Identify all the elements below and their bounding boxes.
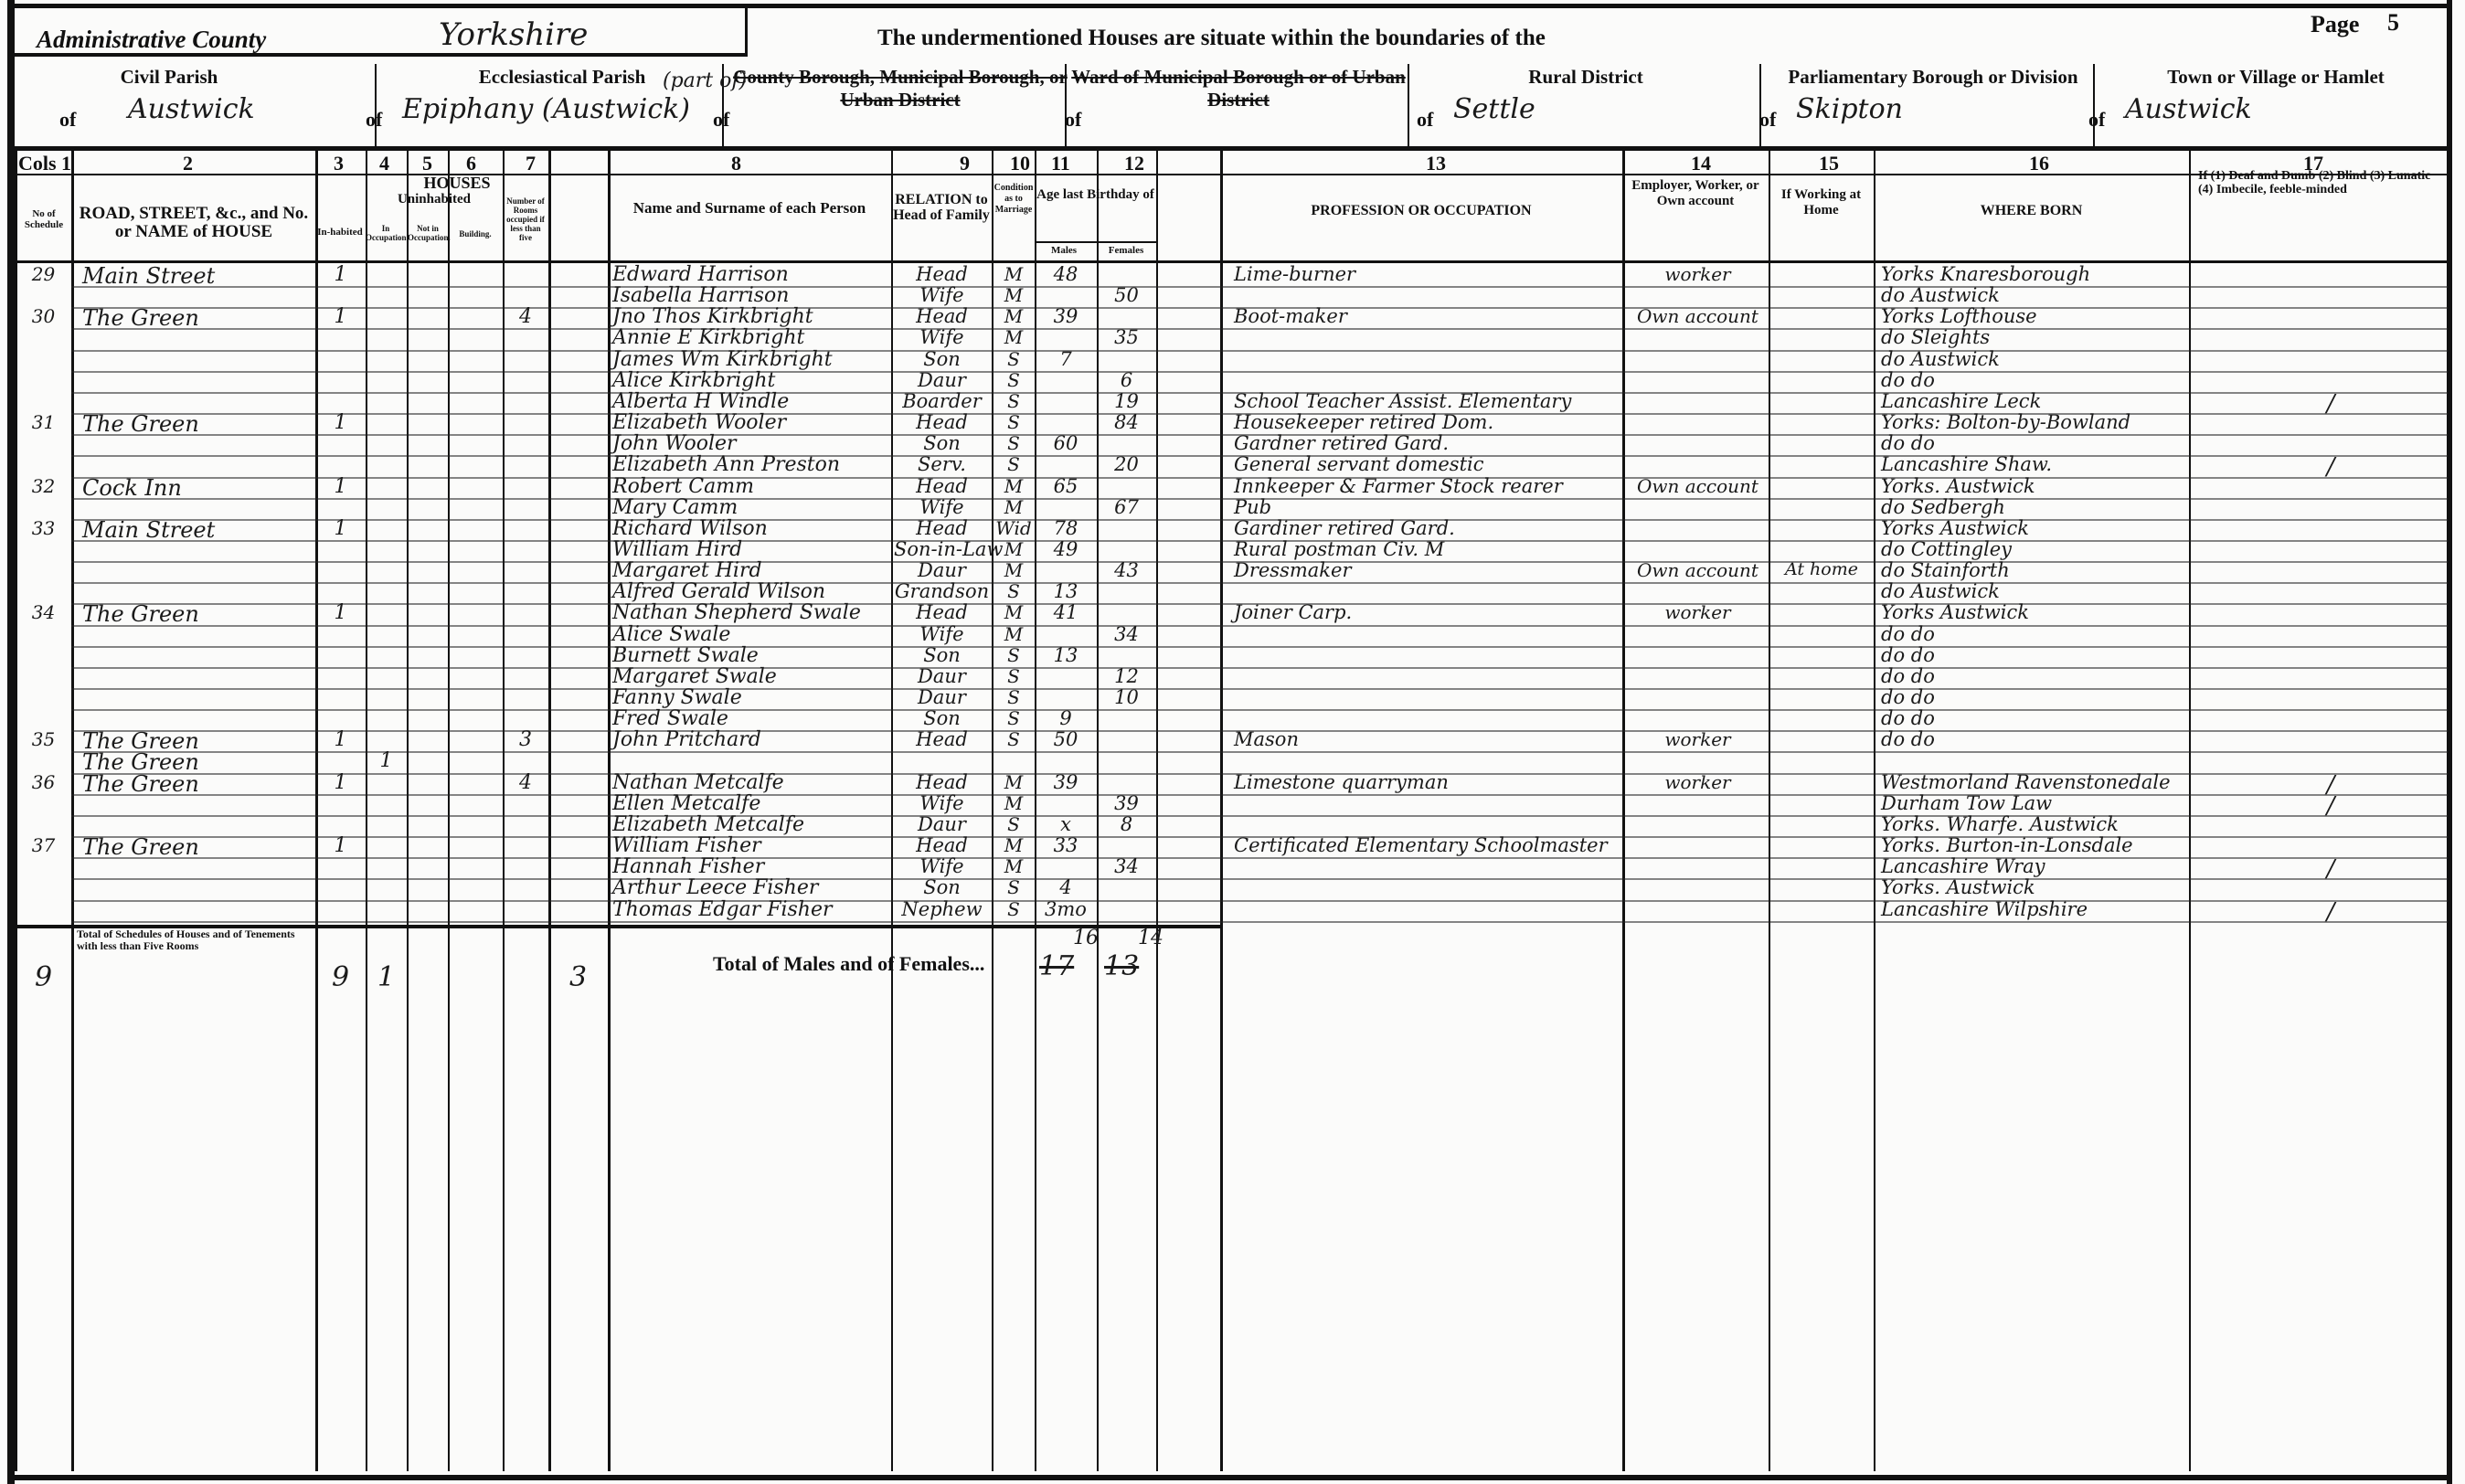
relation-cell: Wife (894, 496, 990, 518)
inhabited-cell: 1 (315, 475, 366, 498)
total-rooms: 3 (548, 961, 608, 993)
column-divider (15, 151, 17, 1471)
condition-cell: S (993, 728, 1035, 750)
age-male: 39 (1035, 305, 1097, 327)
occupation-cell: Pub (1234, 496, 1622, 518)
birthplace-cell: do do (1881, 728, 2187, 750)
column-number-13: 13 (1426, 152, 1446, 175)
relation-cell: Son (894, 644, 990, 666)
condition-cell: M (993, 601, 1035, 623)
employer-cell: Own account (1627, 559, 1769, 581)
relation-cell: Head (894, 834, 990, 856)
where-born-header: WHERE BORN (1874, 203, 2189, 219)
inhabited-cell: 1 (315, 305, 366, 328)
employer-cell: Own account (1627, 305, 1769, 327)
condition-cell: S (993, 411, 1035, 433)
birthplace-cell: Yorks. Austwick (1881, 876, 2187, 898)
column-number-10: 10 (1010, 152, 1030, 175)
occupation-cell: General servant domestic (1234, 453, 1622, 475)
total-males: 17 (1039, 950, 1074, 982)
column-number-5: 5 (422, 152, 432, 175)
column-number-12: 12 (1124, 152, 1144, 175)
person-name: Isabella Harrison (612, 284, 891, 307)
header-field-label-3: Ward of Municipal Borough or of Urban Di… (1069, 66, 1408, 111)
admin-county-label: Administrative County (37, 26, 266, 54)
birthplace-cell: do do (1881, 369, 2187, 391)
age-male: 33 (1035, 834, 1097, 856)
occupation-cell: Dressmaker (1234, 559, 1622, 581)
age-female: 43 (1097, 559, 1156, 581)
age-female: 67 (1097, 496, 1156, 518)
relation-cell: Head (894, 601, 990, 623)
column-number-8: 8 (731, 152, 741, 175)
employer-cell: worker (1627, 601, 1769, 623)
total-females: 13 (1104, 950, 1139, 982)
column-number-9: 9 (960, 152, 970, 175)
age-header: Age last Birthday of (1035, 187, 1156, 202)
schedule-number: 31 (18, 411, 69, 433)
relation-cell: Son-in-Law (894, 538, 990, 560)
column-number-6: 6 (466, 152, 476, 175)
occupation-cell: Lime-burner (1234, 263, 1622, 285)
age-male: 3mo (1035, 898, 1097, 920)
person-name: Burnett Swale (612, 644, 891, 667)
age-male: 7 (1035, 348, 1097, 370)
condition-cell: M (993, 792, 1035, 814)
occupation-header: PROFESSION OR OCCUPATION (1220, 203, 1622, 219)
age-male: 48 (1035, 263, 1097, 285)
occupation-cell: Boot-maker (1234, 305, 1622, 327)
birthplace-cell: Lancashire Wilpshire (1881, 898, 2187, 920)
person-name: Jno Thos Kirkbright (612, 305, 891, 328)
condition-cell: M (993, 834, 1035, 856)
condition-cell: Wid (993, 517, 1035, 539)
age-male: 50 (1035, 728, 1097, 750)
condition-cell: S (993, 390, 1035, 412)
person-name: Edward Harrison (612, 263, 891, 286)
employer-cell: worker (1627, 728, 1769, 750)
age-female: 20 (1097, 453, 1156, 475)
total-schedules: 9 (18, 961, 69, 993)
age-male: 4 (1035, 876, 1097, 898)
relation-cell: Head (894, 263, 990, 285)
occupation-cell: Gardiner retired Gard. (1234, 517, 1622, 539)
inhabited-cell: 1 (315, 411, 366, 434)
in-occupation-header: In Occupation. (366, 224, 406, 242)
birthplace-cell: Yorks. Wharfe. Austwick (1881, 813, 2187, 835)
column-number-1: Cols 1 (18, 152, 71, 175)
column-number-2: 2 (183, 152, 193, 175)
birthplace-cell: Lancashire Leck (1881, 390, 2187, 412)
birthplace-cell: Westmorland Ravenstonedale (1881, 771, 2187, 793)
rooms-cell: 4 (503, 305, 548, 328)
condition-cell: S (993, 369, 1035, 391)
header-bottom-rule (15, 146, 2449, 151)
condition-cell: S (993, 432, 1035, 454)
age-female: 8 (1097, 813, 1156, 835)
age-female: 50 (1097, 284, 1156, 306)
relation-cell: Head (894, 475, 990, 497)
person-name: Arthur Leece Fisher (612, 876, 891, 899)
row-rule (71, 751, 2448, 753)
age-female: 84 (1097, 411, 1156, 433)
header-field-divider (375, 64, 377, 146)
person-name: Hannah Fisher (612, 855, 891, 878)
condition-cell: S (993, 686, 1035, 708)
inhabited-cell: 1 (315, 728, 366, 751)
person-name: William Fisher (612, 834, 891, 857)
census-page: Administrative County Yorkshire The unde… (0, 0, 2465, 1484)
rooms-cell: 3 (503, 728, 548, 751)
header-field-value-0: Austwick (128, 93, 255, 125)
total-females-correction: 14 (1138, 927, 1163, 949)
of-label: of (2088, 108, 2105, 132)
age-female: 6 (1097, 369, 1156, 391)
total-uninhabited: 1 (366, 961, 407, 993)
condition-cell: M (993, 263, 1035, 285)
of-label: of (1759, 108, 1776, 132)
birthplace-cell: do do (1881, 623, 2187, 645)
birthplace-cell: do Sleights (1881, 326, 2187, 348)
infirmity-mark: / (2212, 390, 2449, 418)
condition-cell: S (993, 453, 1035, 475)
birthplace-cell: do do (1881, 686, 2187, 708)
admin-divider (745, 5, 748, 57)
inhabited-cell: 1 (315, 263, 366, 286)
schedule-number: 30 (18, 305, 69, 327)
age-female: 19 (1097, 390, 1156, 412)
header-field-value-4: Settle (1453, 93, 1535, 125)
age-female: 10 (1097, 686, 1156, 708)
birthplace-cell: do do (1881, 432, 2187, 454)
of-label: of (713, 108, 729, 132)
occupation-cell: School Teacher Assist. Elementary (1234, 390, 1622, 412)
inhabited-cell: 1 (315, 517, 366, 540)
infirmity-mark: / (2212, 855, 2449, 883)
schedule-number: 32 (18, 475, 69, 497)
top-rule (15, 4, 2449, 8)
person-name: Robert Camm (612, 475, 891, 498)
of-label: of (1065, 108, 1081, 132)
admin-county-value: Yorkshire (439, 16, 588, 53)
person-name: Ellen Metcalfe (612, 792, 891, 815)
relation-header: RELATION to Head of Family (891, 192, 992, 223)
relation-cell: Daur (894, 813, 990, 835)
condition-cell: S (993, 580, 1035, 602)
admin-rule (15, 53, 746, 57)
birthplace-cell: do Stainforth (1881, 559, 2187, 581)
schedule-number: 34 (18, 601, 69, 623)
employer-cell: Own account (1627, 475, 1769, 497)
birthplace-cell: Yorks Knaresborough (1881, 263, 2187, 285)
age-female: 34 (1097, 623, 1156, 645)
males-header: Males (1036, 245, 1091, 256)
condition-cell: M (993, 496, 1035, 518)
birthplace-cell: do do (1881, 707, 2187, 729)
at-home-header: If Working at Home (1769, 187, 1874, 218)
condition-cell: M (993, 305, 1035, 327)
relation-cell: Wife (894, 855, 990, 877)
column-number-7: 7 (526, 152, 536, 175)
schedule-number: 36 (18, 771, 69, 793)
age-male: 78 (1035, 517, 1097, 539)
building-header: Building. (449, 228, 502, 239)
not-in-occupation-header: Not in Occupation. (408, 224, 448, 242)
employer-cell: worker (1627, 263, 1769, 285)
of-label: of (1417, 108, 1433, 132)
bottom-rule (15, 1475, 2449, 1480)
condition-cell: M (993, 559, 1035, 581)
person-name: Mary Camm (612, 496, 891, 519)
birthplace-cell: do Austwick (1881, 284, 2187, 306)
person-name: Nathan Shepherd Swale (612, 601, 891, 624)
person-name: John Pritchard (612, 728, 891, 751)
row-rule (71, 921, 2448, 923)
total-inhabited: 9 (315, 961, 366, 993)
age-male: 65 (1035, 475, 1097, 497)
person-name: Thomas Edgar Fisher (612, 898, 891, 921)
header-field-label-0: Civil Parish (18, 66, 320, 89)
relation-cell: Son (894, 432, 990, 454)
person-name: Richard Wilson (612, 517, 891, 540)
schedule-number: 35 (18, 728, 69, 750)
person-name: Fred Swale (612, 707, 891, 730)
condition-cell: S (993, 644, 1035, 666)
birthplace-cell: do do (1881, 644, 2187, 666)
condition-cell: M (993, 538, 1035, 560)
person-name: James Wm Kirkbright (612, 348, 891, 371)
schedule-number: 37 (18, 834, 69, 856)
header-field-label-5: Parliamentary Borough or Division (1764, 66, 2102, 89)
address-cell: Main Street (82, 263, 311, 289)
condition-cell: S (993, 665, 1035, 687)
relation-cell: Daur (894, 559, 990, 581)
age-male: 41 (1035, 601, 1097, 623)
occupation-cell: Mason (1234, 728, 1622, 750)
header-field-label-4: Rural District (1412, 66, 1759, 89)
age-male: 9 (1035, 707, 1097, 729)
page-label: Page (2311, 11, 2359, 38)
rooms-cell: 4 (503, 771, 548, 794)
age-sub-rule (1035, 241, 1156, 243)
inhabited-cell: 1 (315, 601, 366, 624)
inhabited-cell: 1 (315, 834, 366, 857)
uninhabited-header: Uninhabited (366, 192, 503, 207)
column-number-16: 16 (2029, 152, 2049, 175)
condition-cell: S (993, 348, 1035, 370)
of-label: of (59, 108, 76, 132)
relation-cell: Wife (894, 326, 990, 348)
infirmity-header: If (1) Deaf and Dumb (2) Blind (3) Lunat… (2198, 169, 2445, 196)
relation-cell: Wife (894, 623, 990, 645)
age-male: 60 (1035, 432, 1097, 454)
person-name: Elizabeth Metcalfe (612, 813, 891, 836)
employer-cell: worker (1627, 771, 1769, 793)
person-name: Alice Swale (612, 623, 891, 646)
intro-text: The undermentioned Houses are situate wi… (877, 26, 1546, 51)
birthplace-cell: do Austwick (1881, 348, 2187, 370)
column-number-3: 3 (334, 152, 344, 175)
condition-cell: M (993, 623, 1035, 645)
age-male: 13 (1035, 580, 1097, 602)
females-header: Females (1099, 245, 1153, 256)
address-cell: The Green (82, 834, 311, 860)
relation-cell: Son (894, 707, 990, 729)
page-border-left (7, 0, 15, 1484)
relation-cell: Boarder (894, 390, 990, 412)
page-number: 5 (2387, 9, 2399, 37)
condition-header: Condition as to Marriage (993, 183, 1034, 216)
condition-cell: M (993, 475, 1035, 497)
infirmity-mark: / (2212, 453, 2449, 481)
header-field-divider (1408, 64, 1409, 146)
person-name: Fanny Swale (612, 686, 891, 709)
inhabited-cell: 1 (315, 771, 366, 794)
relation-cell: Head (894, 517, 990, 539)
age-female: 35 (1097, 326, 1156, 348)
occupation-cell: Limestone quarryman (1234, 771, 1622, 793)
relation-cell: Son (894, 876, 990, 898)
header-field-value-6: Austwick (2125, 93, 2252, 125)
address-cell: The Green (82, 411, 311, 437)
birthplace-cell: Durham Tow Law (1881, 792, 2187, 814)
address-cell: Main Street (82, 517, 311, 543)
condition-cell: M (993, 284, 1035, 306)
condition-cell: S (993, 813, 1035, 835)
relation-cell: Serv. (894, 453, 990, 475)
address-cell: Cock Inn (82, 475, 311, 501)
condition-cell: M (993, 771, 1035, 793)
birthplace-cell: Yorks: Bolton-by-Bowland (1881, 411, 2187, 433)
column-number-4: 4 (379, 152, 389, 175)
total-males-correction: 16 (1073, 927, 1099, 949)
relation-cell: Head (894, 411, 990, 433)
infirmity-mark: / (2212, 792, 2449, 820)
inhabited-header: In-habited (316, 227, 364, 238)
schedule-number: 29 (18, 263, 69, 285)
address-cell: The Green (82, 771, 311, 797)
birthplace-cell: Yorks. Austwick (1881, 475, 2187, 497)
relation-cell: Head (894, 305, 990, 327)
occupation-cell: Joiner Carp. (1234, 601, 1622, 623)
employer-header: Employer, Worker, or Own account (1622, 178, 1769, 209)
relation-cell: Head (894, 771, 990, 793)
relation-cell: Nephew (894, 898, 990, 920)
schedule-number: 33 (18, 517, 69, 539)
birthplace-cell: do Cottingley (1881, 538, 2187, 560)
person-name: Nathan Metcalfe (612, 771, 891, 794)
relation-cell: Daur (894, 686, 990, 708)
condition-cell: S (993, 898, 1035, 920)
person-name: John Wooler (612, 432, 891, 455)
relation-cell: Daur (894, 665, 990, 687)
person-name: William Hird (612, 538, 891, 561)
age-female: 12 (1097, 665, 1156, 687)
age-male: 39 (1035, 771, 1097, 793)
condition-cell: S (993, 876, 1035, 898)
person-name: Margaret Swale (612, 665, 891, 688)
of-label: of (366, 108, 382, 132)
relation-cell: Son (894, 348, 990, 370)
total-schedules-label: Total of Schedules of Houses and of Tene… (77, 928, 313, 952)
header-field-value-5: Skipton (1796, 93, 1903, 125)
birthplace-cell: do do (1881, 665, 2187, 687)
occupation-cell: Gardner retired Gard. (1234, 432, 1622, 454)
birthplace-cell: Yorks Austwick (1881, 517, 2187, 539)
column-number-15: 15 (1819, 152, 1839, 175)
birthplace-cell: Yorks Lofthouse (1881, 305, 2187, 327)
at-home-cell: At home (1770, 559, 1873, 579)
birthplace-cell: Yorks Austwick (1881, 601, 2187, 623)
column-number-14: 14 (1691, 152, 1711, 175)
address-cell: The Green (82, 601, 311, 627)
birthplace-cell: Yorks. Burton-in-Lonsdale (1881, 834, 2187, 856)
address-header: ROAD, STREET, &c., and No. or NAME of HO… (75, 205, 313, 241)
column-divider (2449, 151, 2451, 1471)
person-name: Margaret Hird (612, 559, 891, 582)
age-male: 49 (1035, 538, 1097, 560)
relation-cell: Grandson (894, 580, 990, 602)
relation-cell: Daur (894, 369, 990, 391)
houses-header: HOUSES (366, 174, 548, 193)
relation-cell: Head (894, 728, 990, 750)
occupation-cell: Certificated Elementary Schoolmaster (1234, 834, 1622, 856)
uninhabited-in-cell: 1 (366, 749, 407, 772)
occupation-cell: Rural postman Civ. M (1234, 538, 1622, 560)
age-male: x (1035, 813, 1097, 835)
infirmity-mark: / (2212, 898, 2449, 926)
birthplace-cell: do Sedbergh (1881, 496, 2187, 518)
person-name: Alice Kirkbright (612, 369, 891, 392)
person-name: Alberta H Windle (612, 390, 891, 413)
person-name: Elizabeth Wooler (612, 411, 891, 434)
header-field-label-2: County Borough, Municipal Borough, or Ur… (731, 66, 1069, 111)
address-cell: The Green (82, 305, 311, 331)
header-field-value-1: Epiphany (Austwick) (402, 93, 690, 125)
occupation-cell: Innkeeper & Farmer Stock rearer (1234, 475, 1622, 497)
birthplace-cell: Lancashire Shaw. (1881, 453, 2187, 475)
condition-cell: M (993, 326, 1035, 348)
column-number-11: 11 (1051, 152, 1070, 175)
occupation-cell: Housekeeper retired Dom. (1234, 411, 1622, 433)
age-female: 39 (1097, 792, 1156, 814)
relation-cell: Wife (894, 792, 990, 814)
header-field-label-6: Town or Village or Hamlet (2102, 66, 2449, 89)
person-name: Elizabeth Ann Preston (612, 453, 891, 476)
rooms-header: Number of Rooms occupied if less than fi… (504, 196, 547, 242)
header-field-divider (1759, 64, 1761, 146)
relation-cell: Wife (894, 284, 990, 306)
age-male: 13 (1035, 644, 1097, 666)
name-header: Name and Surname of each Person (608, 199, 891, 217)
birthplace-cell: Lancashire Wray (1881, 855, 2187, 877)
schedule-header: No of Schedule (18, 208, 69, 230)
age-female: 34 (1097, 855, 1156, 877)
person-name: Annie E Kirkbright (612, 326, 891, 349)
person-name: Alfred Gerald Wilson (612, 580, 891, 603)
condition-cell: S (993, 707, 1035, 729)
birthplace-cell: do Austwick (1881, 580, 2187, 602)
total-males-females-label: Total of Males and of Females... (713, 952, 984, 976)
condition-cell: M (993, 855, 1035, 877)
